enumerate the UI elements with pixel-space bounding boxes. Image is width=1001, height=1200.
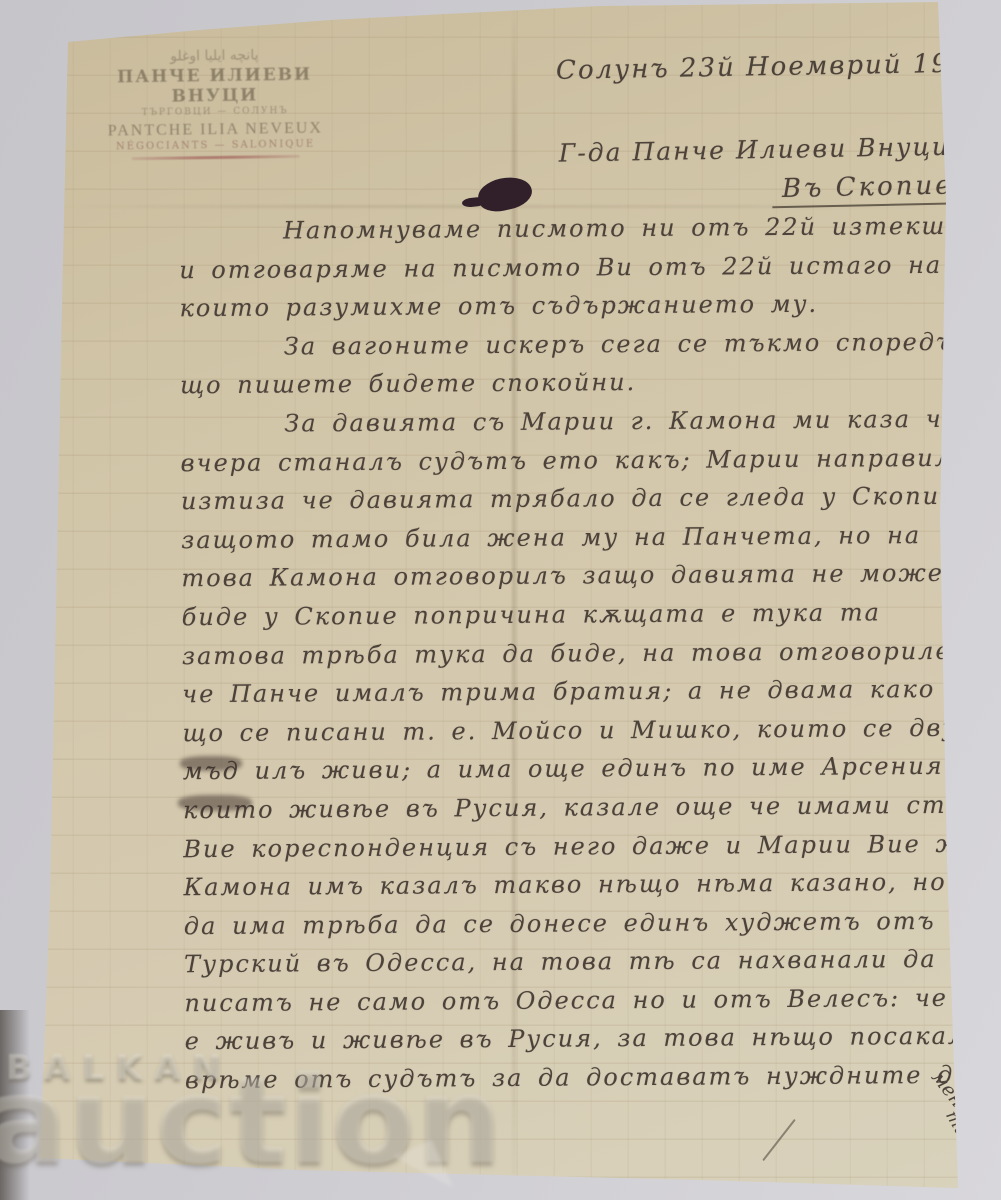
letter-line: които живѣе въ Русия, казале още че имам… [183, 790, 1001, 835]
letter-line: които разумихме отъ съдържанието му. [179, 288, 1001, 333]
letterhead-cyrillic-name: ПАНЧЕ ИЛИЕВИ ВНУЦИ [85, 64, 344, 108]
letter-line: е живъ и живѣе въ Русия, за това нѣщо по… [185, 1021, 1001, 1066]
pen-flourish-stroke [762, 1119, 796, 1161]
letter-paper: پانچه ايليا اوغلو ПАНЧЕ ИЛИЕВИ ВНУЦИ ТЪР… [0, 0, 1001, 1200]
photo-background: پانچه ايليا اوغلو ПАНЧЕ ИЛИЕВИ ВНУЦИ ТЪР… [0, 0, 1001, 1200]
letter-line: За давията съ Марии г. Камона ми каза че [180, 404, 1001, 449]
letter-line: вчера станалъ судътъ ето какъ; Марии нап… [181, 442, 1001, 487]
ink-blot [475, 173, 534, 216]
letter-line: Напомнуваме писмото ни отъ 22й изтекшаго [179, 211, 1001, 256]
letter-line: затова трѣба тука да биде, на това отгов… [182, 635, 1001, 680]
crossed-out-word-smudge [178, 795, 252, 811]
letter-line: Турский въ Одесса, на това тѣ са нахвана… [184, 944, 1001, 989]
letterhead-red-rule [132, 155, 300, 160]
letterhead-arabic-line: پانچه ايليا اوغلو [85, 46, 343, 66]
letter-line: За вагоните искеръ сега се тъкмо споредъ… [180, 327, 1001, 372]
letter-line: защото тамо била жена му на Панчета, но … [181, 520, 1001, 565]
letterhead-stamp: پانچه ايليا اوغلو ПАНЧЕ ИЛИЕВИ ВНУЦИ ТЪР… [85, 46, 345, 161]
letter-line: това Камона отговорилъ защо давията не м… [181, 558, 1001, 603]
addressee-line: Г-да Панче Илиеви Внуци [470, 132, 950, 169]
letter-line: Камона имъ казалъ такво нѣщо нѣма казано… [183, 867, 1001, 912]
letter-line: и отговаряме на писмото Ви отъ 22й истаг… [179, 249, 1001, 294]
hyphenated-word-tail: ти [941, 1107, 972, 1140]
letter-line: врѣме отъ судътъ за да доставатъ нужднит… [185, 1060, 1001, 1105]
addressee-city: Въ Скопие [772, 170, 988, 209]
letterhead-latin-subtitle: NÉGOCIANTS — SALONIQUE [87, 138, 345, 153]
letter-line: биде у Скопие попричина кѫщата е тука та [182, 597, 1001, 642]
crossed-out-word-smudge [180, 756, 242, 771]
letter-line: че Панче ималъ трима братия; а не двама … [182, 674, 1001, 719]
letter-line: що пишете бидете спокойни. [180, 365, 1001, 410]
backdrop-shadow-edge [0, 1010, 30, 1200]
letter-line: писатъ не само отъ Одесса но и отъ Велес… [184, 983, 1001, 1028]
letterhead-latin-name: PANTCHE ILIA NEVEUX [86, 119, 344, 141]
letter-line: да има трѣба да се донесе единъ худжетъ … [184, 905, 1001, 950]
letter-body: Напомнуваме писмото ни отъ 22й изтекшаго… [179, 211, 1001, 1105]
letter-line: Вие кореспонденция съ него даже и Марии … [183, 828, 1001, 873]
letter-line: изтиза че давията трябало да се гледа у … [181, 481, 1001, 526]
letter-line: що се писани т. е. Мойсо и Мишко, които … [182, 712, 1001, 757]
letter-line: мъд илъ живи; а има още единъ по име Арс… [183, 751, 1001, 796]
dateline: Солунъ 23й Ноемврий 1905. [556, 48, 998, 86]
